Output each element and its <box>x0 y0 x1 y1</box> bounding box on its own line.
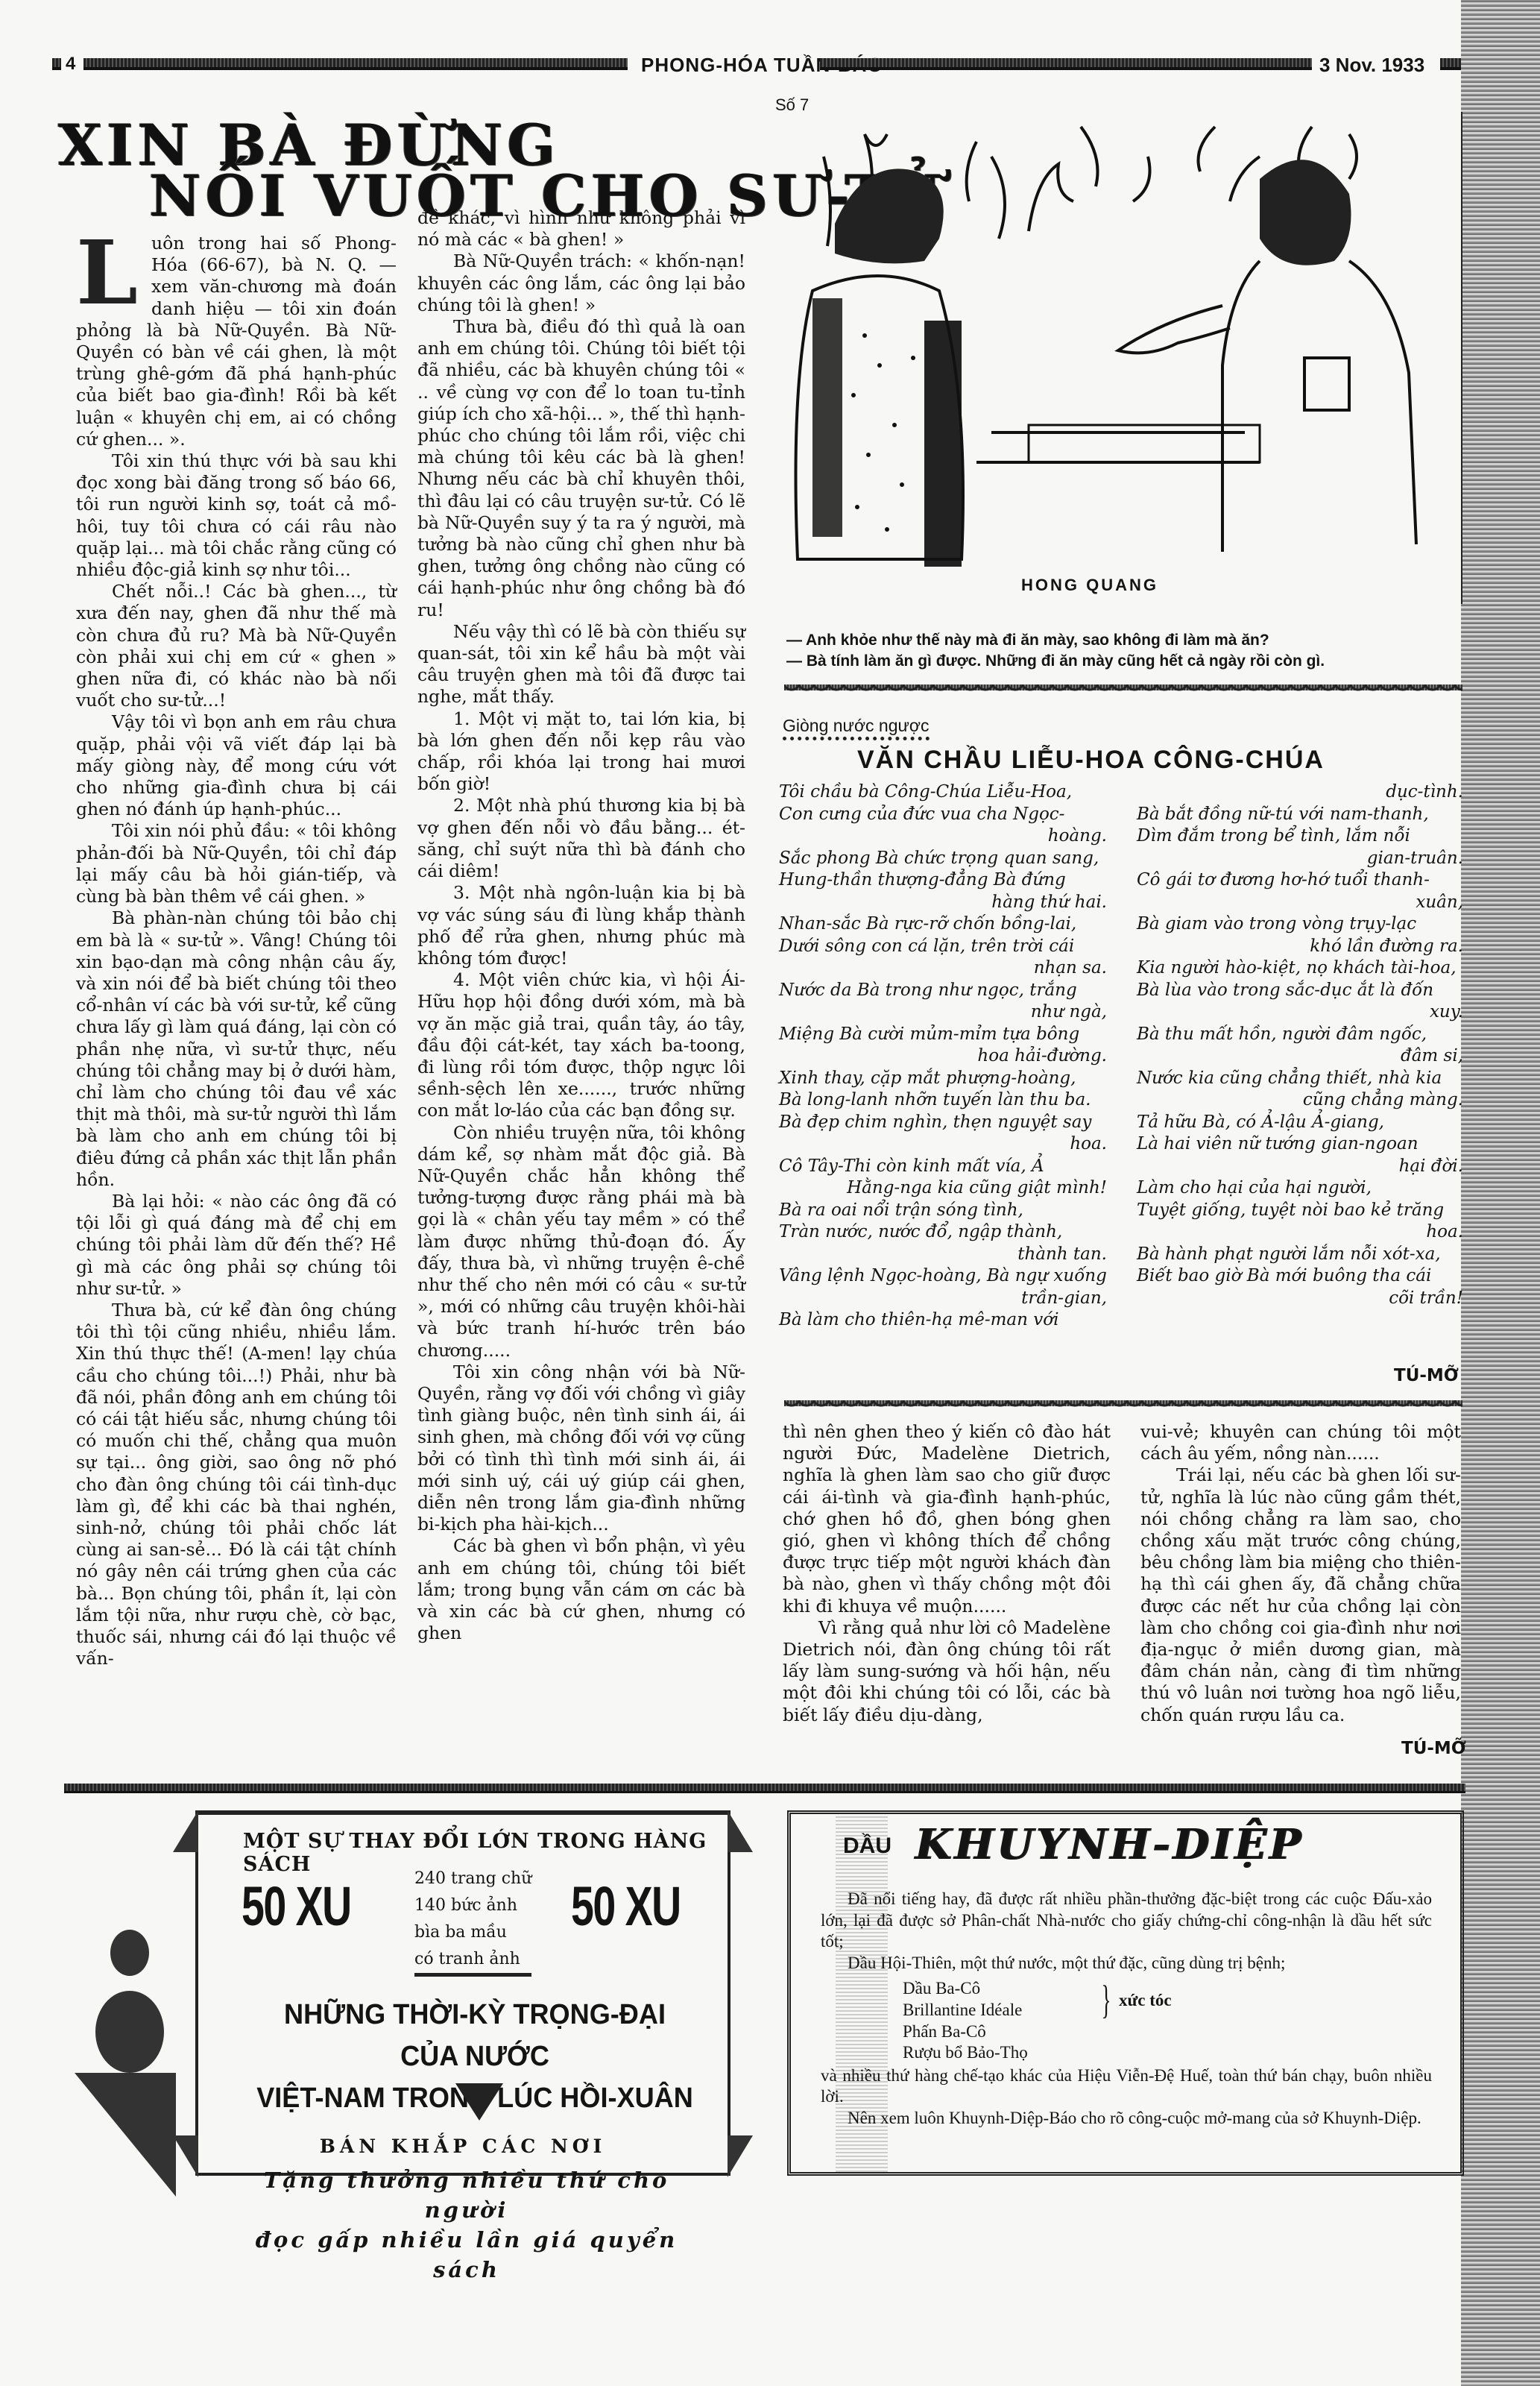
decorative-circle-icon <box>110 1930 149 1976</box>
article-column-1: L uôn trong hai số Phong-Hóa (66-67), bà… <box>76 233 397 1669</box>
cartoon-illustration: HONG QUANG <box>783 112 1462 604</box>
paragraph: Thưa bà, điều đó thì quả là oan anh em c… <box>417 316 745 621</box>
poem-line: Tả hữu Bà, có Ả-lậu Ả-giang, <box>1137 1112 1463 1134</box>
decorative-triangle-icon <box>75 2073 176 2197</box>
paragraph: Chết nỗi..! Các bà ghen..., từ xưa đến n… <box>76 581 397 711</box>
price-left: 50 XU <box>242 1875 351 1938</box>
hair-label: xức tóc <box>1119 1990 1172 2012</box>
article-signature: TÚ-MỠ <box>1401 1739 1466 1758</box>
issue-date: 3 Nov. 1933 <box>1319 54 1424 77</box>
paragraph: 1. Một vị mặt to, tai lớn kia, bị bà lớn… <box>417 708 745 796</box>
product-list: Dầu Ba-Cô Brillantine Idéale Phấn Ba-Cô … <box>903 1978 1432 2063</box>
poem-line: Nước kia cũng chẳng thiết, nhà kia <box>1137 1068 1463 1090</box>
poem-line: Hung-thần thượng-đẳng Bà đứng <box>779 869 1107 892</box>
poem-signature: TÚ-MỠ <box>1394 1366 1459 1385</box>
corner-fold-icon <box>728 2135 753 2177</box>
poem-column-2: dục-tình.Bà bắt đồng nữ-tú với nam-thanh… <box>1137 781 1463 1309</box>
poem-line: hoàng. <box>779 825 1107 848</box>
paragraph: Tôi xin thú thực với bà sau khi đọc xong… <box>76 450 397 581</box>
brace-icon: } <box>1101 1980 1111 2020</box>
wavy-divider <box>784 1400 1462 1414</box>
paragraph: thì nên ghen theo ý kiến cô đào hát ngườ… <box>783 1421 1111 1617</box>
paragraph: Vì rằng quả như lời cô Madelène Dietrich… <box>783 1617 1111 1726</box>
poem-line: Nhan-sắc Bà rực-rỡ chốn bồng-lai, <box>779 913 1107 936</box>
ad-footer: Nên xem luôn Khuynh-Diệp-Báo cho rõ công… <box>821 2108 1432 2130</box>
paragraph: 2. Một nhà phú thương kia bị bà vợ ghen … <box>417 795 745 882</box>
promo-line: đọc gấp nhiều lần giá quyển sách <box>221 2225 713 2285</box>
poem-line: thành tan. <box>779 1244 1107 1266</box>
poem-line: Bà hành phạt người lắm nỗi xót-xa, <box>1137 1244 1463 1266</box>
poem-line: Bà đẹp chim nghìn, thẹn nguyệt say <box>779 1112 1107 1134</box>
poem-line: Miệng Bà cười mủm-mỉm tựa bông <box>779 1024 1107 1046</box>
poem-line: Vâng lệnh Ngọc-hoàng, Bà ngự xuống <box>779 1265 1107 1288</box>
caption-line: — Bà tính làm ăn gì được. Những đi ăn mà… <box>786 651 1457 672</box>
product-item: Phấn Ba-Cô <box>903 2021 1432 2043</box>
poem-line: xuân, <box>1137 892 1463 914</box>
poem-line: hàng thứ hai. <box>779 892 1107 914</box>
poem-line: Xinh thay, cặp mắt phượng-hoàng, <box>779 1068 1107 1090</box>
spec-line: có tranh ảnh <box>414 1946 531 1973</box>
corner-fold-icon <box>728 1810 753 1852</box>
poem-line: Là hai viên nữ tướng gian-ngoan <box>1137 1133 1463 1156</box>
ad-other: và nhiều thứ hàng chế-tạo khác của Hiệu … <box>821 2065 1432 2108</box>
poem-line: Tôi chầu bà Công-Chúa Liễu-Hoa, <box>779 781 1107 804</box>
poem-line: Bà làm cho thiên-hạ mê-man với <box>779 1309 1107 1332</box>
ad-hoi-thien: Dầu Hội-Thiên, một thứ nước, một thứ đặc… <box>821 1953 1432 1974</box>
scan-edge <box>1461 0 1540 2386</box>
ad-intro: Đã nổi tiếng hay, đã được rất nhiều phần… <box>821 1889 1432 1953</box>
poem-line: Bà lùa vào trong sắc-dục ắt là đốn <box>1137 980 1463 1002</box>
poem-line: Biết bao giờ Bà mới buông tha cái <box>1137 1265 1463 1288</box>
paragraph: vui-vẻ; khuyên can chúng tôi một cách âu… <box>1140 1421 1461 1464</box>
ad-prefix: DẦU <box>843 1833 892 1858</box>
paragraph: Vậy tôi vì bọn anh em râu chưa quặp, phả… <box>76 711 397 820</box>
poem-line: hoa hải-đường. <box>779 1045 1107 1068</box>
corner-fold-icon <box>173 2135 198 2177</box>
paragraph: Trái lại, nếu các bà ghen lối sư-tử, ngh… <box>1140 1464 1461 1725</box>
spec-line: bìa ba mầu <box>414 1919 531 1946</box>
article-column-2: đề khác, vì hình như không phải vì nó mà… <box>417 207 745 1644</box>
down-triangle-icon <box>455 2083 503 2121</box>
promo-line: Tặng thưởng nhiều thứ cho người <box>221 2165 713 2225</box>
poem-line: Bà giam vào trong vòng trụy-lạc <box>1137 913 1463 936</box>
poem-line: cõi trần! <box>1137 1288 1463 1310</box>
section-rule <box>64 1784 1465 1793</box>
page-number: 4 <box>66 54 75 75</box>
poem-line: cũng chẳng màng. <box>1137 1089 1463 1112</box>
book-advertisement: MỘT SỰ THAY ĐỔI LỚN TRONG HÀNG SÁCH 50 X… <box>195 1810 730 2176</box>
poem-line: Nước da Bà trong như ngọc, trắng <box>779 980 1107 1002</box>
poem-line: Dìm đắm trong bể tình, lắm nỗi <box>1137 825 1463 848</box>
poem-line: Làm cho hại của hại người, <box>1137 1177 1463 1200</box>
poem-line: dục-tình. <box>1137 781 1463 804</box>
product-item: Rượu bổ Bảo-Thọ <box>903 2042 1432 2064</box>
poem-line: Bà bắt đồng nữ-tú với nam-thanh, <box>1137 804 1463 826</box>
paragraph: Thưa bà, cứ kể đàn ông chúng tôi thì tội… <box>76 1300 397 1669</box>
spec-line: 140 bức ảnh <box>414 1892 531 1919</box>
poem-line: Cô Tây-Thi còn kinh mất vía, Ả <box>779 1156 1107 1178</box>
paragraph: Nếu vậy thì có lẽ bà còn thiếu sự quan-s… <box>417 621 745 708</box>
wavy-divider <box>784 684 1462 698</box>
poem-line: Con cưng của đức vua cha Ngọc- <box>779 804 1107 826</box>
poem-line: hại đời. <box>1137 1156 1463 1178</box>
caption-line: — Anh khỏe như thế này mà đi ăn mày, sao… <box>786 630 1457 651</box>
poem-line: trần-gian, <box>779 1288 1107 1310</box>
paragraph: Bà lại hỏi: « nào các ông đã có tội lỗi … <box>76 1191 397 1300</box>
poem-line: Kia người hào-kiệt, nọ khách tài-hoa, <box>1137 957 1463 980</box>
book-specs: 240 trang chữ 140 bức ảnh bìa ba mầu có … <box>414 1866 531 1977</box>
paragraph: đề khác, vì hình như không phải vì nó mà… <box>417 207 745 251</box>
book-title-line: NHỮNG THỜI-KỲ TRỌNG-ĐẠI CỦA NƯỚC <box>252 1994 698 2077</box>
paragraph: Tôi xin nói phủ đầu: « tôi không phản-đố… <box>76 820 397 907</box>
ad-heading: DẦU KHUYNH-DIỆP <box>843 1820 1303 1869</box>
masthead: 4 PHONG-HÓA TUẦN-BÁO 3 Nov. 1933 <box>52 58 1483 78</box>
poem-line: Bà thu mất hồn, người đâm ngốc, <box>1137 1024 1463 1046</box>
poem-line: Tuyệt giống, tuyệt nòi bao kẻ trăng <box>1137 1200 1463 1222</box>
corner-fold-icon <box>173 1810 198 1852</box>
poem-line: hoa. <box>779 1133 1107 1156</box>
paragraph: Còn nhiều truyện nữa, tôi không dám kể, … <box>417 1122 745 1362</box>
promo-text: Tặng thưởng nhiều thứ cho người đọc gấp … <box>221 2165 713 2285</box>
article-column-3: thì nên ghen theo ý kiến cô đào hát ngườ… <box>783 1421 1111 1726</box>
poem-line: đâm si, <box>1137 1045 1463 1068</box>
poem-line: xuy. <box>1137 1001 1463 1024</box>
khuynh-diep-advertisement: DẦU KHUYNH-DIỆP Đã nổi tiếng hay, đã đượ… <box>787 1810 1464 2176</box>
paragraph: Các bà ghen vì bổn phận, vì yêu anh em c… <box>417 1535 745 1644</box>
poem-line: như ngà, <box>779 1001 1107 1024</box>
paragraph: 3. Một nhà ngôn-luận kia bị bà vợ vác sú… <box>417 882 745 969</box>
decorative-circle-icon <box>95 1991 164 2073</box>
article-column-4: vui-vẻ; khuyên can chúng tôi một cách âu… <box>1140 1421 1461 1726</box>
drop-cap: L <box>76 237 138 309</box>
poem-line: nhạn sa. <box>779 957 1107 980</box>
paragraph: Bà Nữ-Quyền trách: « khốn-nạn! khuyên cá… <box>417 251 745 316</box>
paragraph: Tôi xin công nhận với bà Nữ-Quyền, rằng … <box>417 1362 745 1536</box>
price-right: 50 XU <box>571 1875 681 1938</box>
poem-line: Cô gái tơ đương hơ-hớ tuổi thanh- <box>1137 869 1463 892</box>
sold-everywhere: BÁN KHẮP CÁC NƠI <box>198 2135 728 2157</box>
poem-line: gian-truân. <box>1137 848 1463 870</box>
cartoon-drawing-icon <box>783 112 1461 604</box>
cartoon-caption: — Anh khỏe như thế này mà đi ăn mày, sao… <box>786 630 1457 672</box>
poem-line: Sắc phong Bà chức trọng quan sang, <box>779 848 1107 870</box>
poem-column-1: Tôi chầu bà Công-Chúa Liễu-Hoa,Con cưng … <box>779 781 1107 1332</box>
poem-title: VĂN CHẦU LIỄU-HOA CÔNG-CHÚA <box>857 746 1325 775</box>
poem-line: Dưới sông con cá lặn, trên trời cái <box>779 936 1107 958</box>
brand-name: KHUYNH-DIỆP <box>915 1820 1303 1869</box>
poem-line: Hằng-nga kia cũng giật mình! <box>779 1177 1107 1200</box>
poem-line: Bà long-lanh nhỡn tuyến làn thu ba. <box>779 1089 1107 1112</box>
paragraph: 4. Một viên chức kia, vì hội Ái-Hữu họp … <box>417 969 745 1121</box>
spec-line: 240 trang chữ <box>414 1866 531 1892</box>
poem-line: hoa. <box>1137 1221 1463 1244</box>
poem-line: Tràn nước, nước đổ, ngập thành, <box>779 1221 1107 1244</box>
poem-line: Bà ra oai nổi trận sóng tình, <box>779 1200 1107 1222</box>
cartoon-artist: HONG QUANG <box>1021 576 1158 595</box>
poem-kicker: Giòng nước ngược <box>783 716 930 740</box>
ad-body: Đã nổi tiếng hay, đã được rất nhiều phần… <box>821 1889 1432 2130</box>
paragraph: Bà phàn-nàn chúng tôi bảo chị em bà là «… <box>76 907 397 1191</box>
poem-line: khó lần đường ra. <box>1137 936 1463 958</box>
